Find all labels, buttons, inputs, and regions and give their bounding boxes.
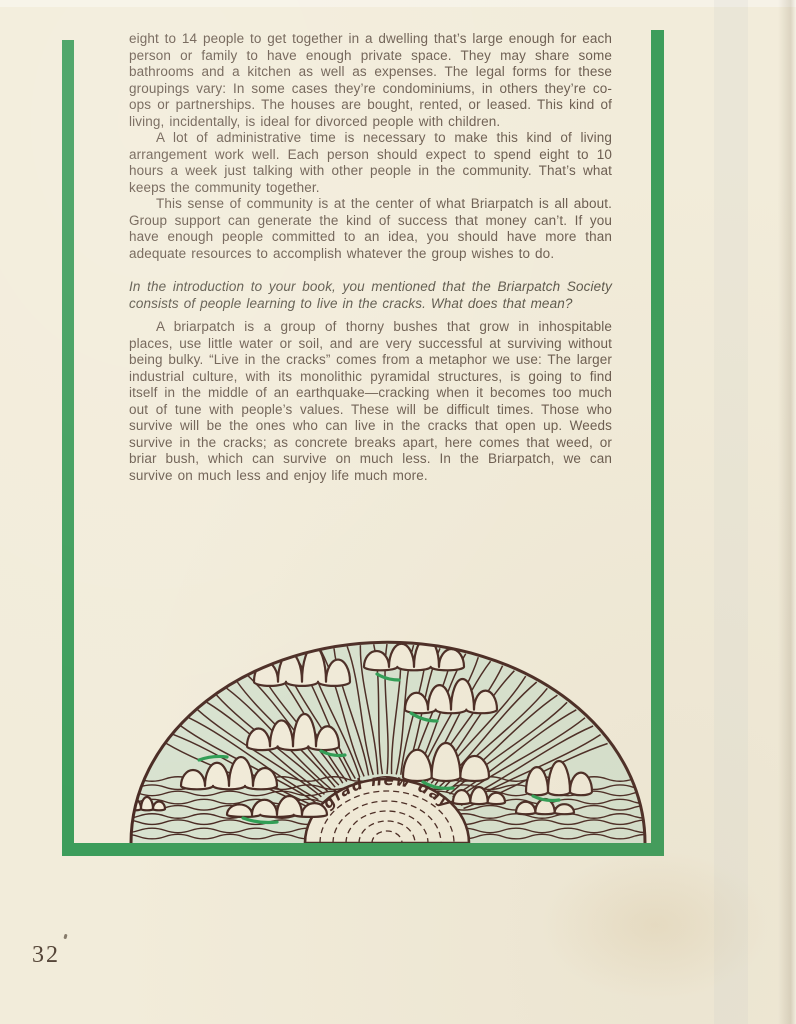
frame-right-bar	[651, 30, 664, 856]
frame-left-bar	[62, 40, 74, 856]
paragraph-dwelling-continuation: eight to 14 people to get together in a …	[129, 31, 612, 130]
scan-band	[714, 0, 748, 1024]
paragraph-sense-of-community: This sense of community is at the center…	[129, 196, 612, 262]
frame-bottom-bar	[62, 843, 664, 856]
interview-text: eight to 14 people to get together in a …	[129, 31, 612, 484]
page-right-edge	[778, 0, 796, 1024]
scanned-page: eight to 14 people to get together in a …	[0, 0, 796, 1024]
interview-question: In the introduction to your book, you me…	[129, 279, 612, 312]
paragraph-administrative-time: A lot of administrative time is necessar…	[129, 130, 612, 196]
sunrise-illustration-svg: glad new day	[124, 633, 652, 843]
page-number: 32	[32, 942, 60, 969]
sunrise-illustration: glad new day	[124, 633, 652, 843]
paper-stain	[540, 850, 770, 1000]
scan-top-edge	[0, 0, 796, 7]
page-number-tick	[63, 934, 67, 940]
paragraph-briarpatch-answer: A briarpatch is a group of thorny bushes…	[129, 319, 612, 484]
